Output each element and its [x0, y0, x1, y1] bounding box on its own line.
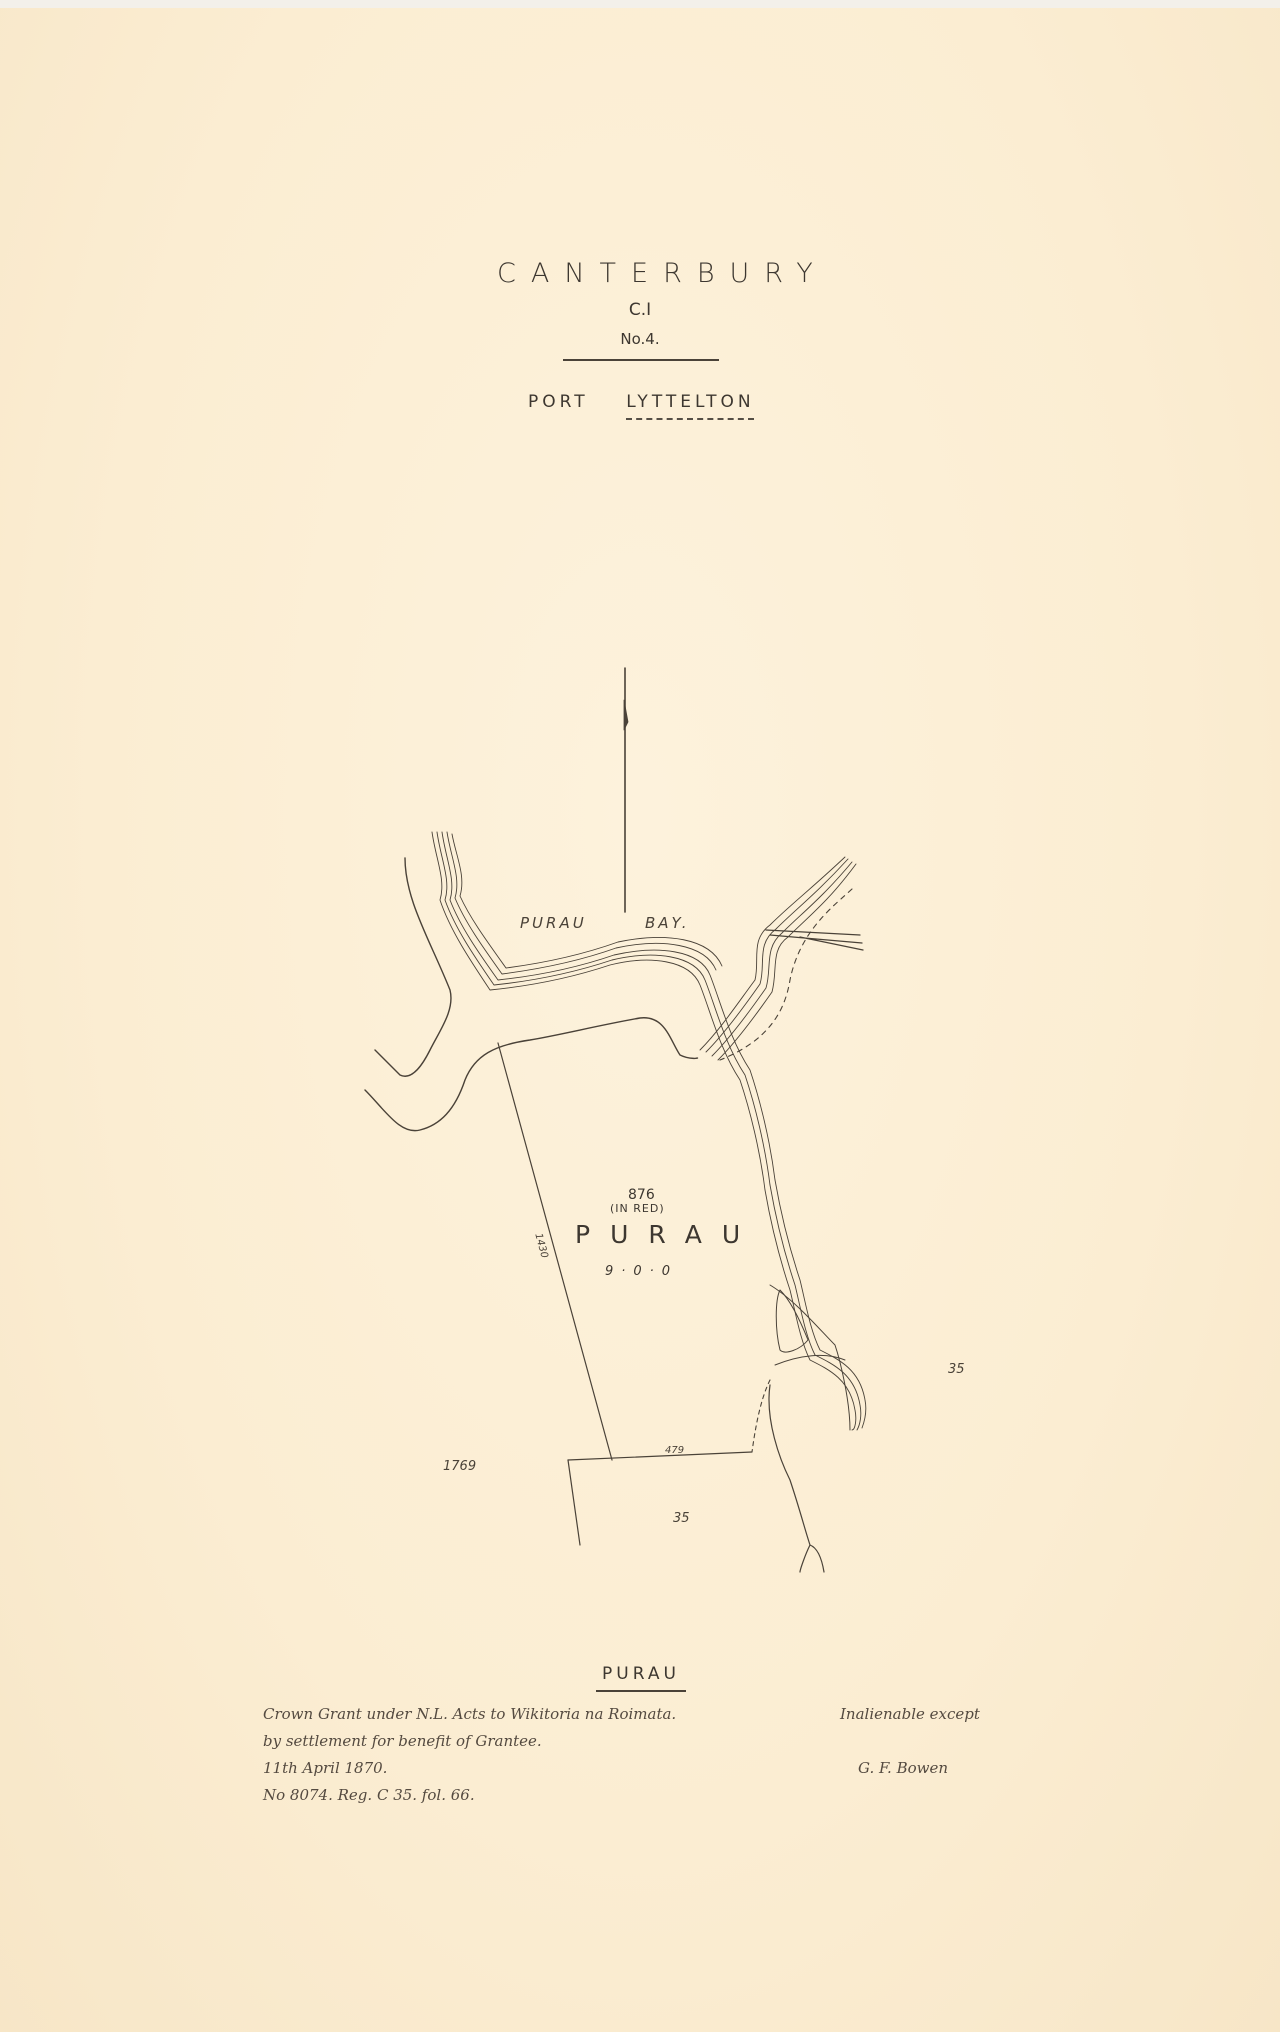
caption-line-1: Crown Grant under N.L. Acts to Wikitoria… — [263, 1705, 676, 1723]
track-dashed-north — [720, 889, 852, 1060]
adjacent-block-1769: 1769 — [443, 1459, 476, 1474]
water-label-2: BAY. — [645, 914, 690, 932]
caption-restriction: Inalienable except — [840, 1705, 980, 1723]
survey-map — [0, 0, 1280, 2032]
boundary-length-south: 479 — [665, 1445, 684, 1456]
block-number: 876 — [628, 1187, 655, 1203]
caption-line-2: by settlement for benefit of Grantee. — [263, 1732, 542, 1750]
east-stream-line — [769, 1385, 824, 1572]
west-boundary-line — [498, 1043, 612, 1460]
block-name: PURAU — [575, 1220, 760, 1249]
block-area: 9·0·0 — [605, 1264, 678, 1279]
caption-registry: No 8074. Reg. C 35. fol. 66. — [263, 1786, 475, 1804]
south-shore-line — [365, 1018, 698, 1131]
adjacent-block-35-east: 35 — [948, 1362, 965, 1377]
caption-signature: G. F. Bowen — [858, 1759, 948, 1777]
block-35-west-line — [568, 1460, 580, 1545]
caption-date: 11th April 1870. — [263, 1759, 387, 1777]
adjacent-block-35-south: 35 — [673, 1511, 690, 1526]
north-arrow-icon — [624, 700, 628, 730]
water-label-1: PURAU — [520, 914, 587, 932]
river-branch-north — [700, 857, 863, 1060]
south-boundary-line — [568, 1452, 752, 1460]
block-note: (IN RED) — [610, 1202, 665, 1215]
west-shore-line — [375, 858, 451, 1076]
track-dashed-south — [752, 1380, 770, 1452]
caption-title: PURAU — [596, 1664, 686, 1692]
river-island — [770, 1285, 850, 1430]
